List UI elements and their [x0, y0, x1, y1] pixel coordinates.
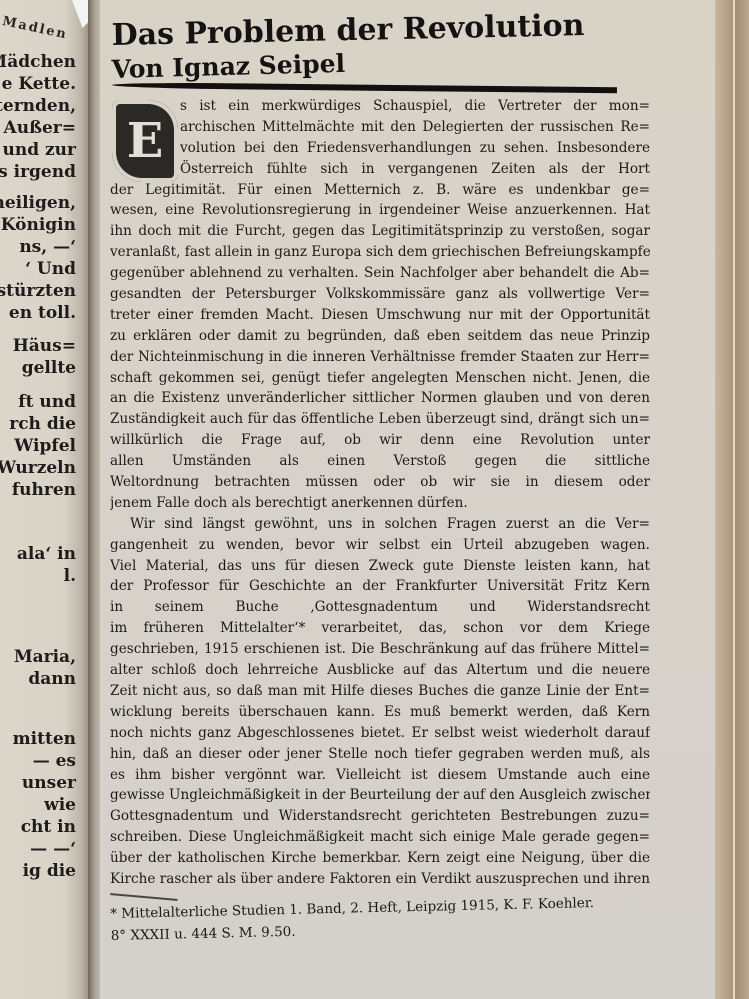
- left-page-line: heiligen,: [0, 193, 76, 213]
- left-page: Madlen Mädchene Kette.ternden,Außer=und …: [0, 0, 92, 999]
- left-page-line: ig die: [23, 861, 76, 881]
- left-page-line: — —‘: [30, 839, 76, 859]
- left-running-head: Madlen: [1, 14, 69, 43]
- left-page-line: mitten: [13, 729, 76, 749]
- left-page-line: gellte: [22, 358, 76, 378]
- body-line: allen Umständen als einen Verstoß gegen …: [110, 451, 650, 472]
- left-page-line: rch die: [9, 414, 76, 434]
- body-line: der Professor für Geschichte an der Fran…: [110, 576, 650, 597]
- body-line: schaft gekommen sei, genügt tiefer angel…: [110, 368, 650, 389]
- left-page-line: — es: [33, 751, 76, 771]
- left-page-line: dann: [28, 669, 76, 689]
- left-page-line: fuhren: [12, 480, 76, 500]
- body-line: wesen, eine Revolutionsregierung in irge…: [110, 200, 650, 221]
- body-line: Österreich fühlte sich in vergangenen Ze…: [110, 159, 650, 180]
- body-line: schreiben. Diese Ungleichmäßigkeit macht…: [110, 827, 650, 848]
- left-page-line: Wurzeln: [0, 458, 76, 478]
- body-line: s ist ein merkwürdiges Schauspiel, die V…: [110, 96, 650, 117]
- left-page-line: l.: [64, 566, 76, 586]
- body-line: ihn doch mit die Furcht, gegen das Legit…: [110, 221, 650, 242]
- body-line: alter schloß doch lehrreiche Ausblicke a…: [110, 660, 650, 681]
- body-line: gegenüber ablehnend zu verhalten. Sein N…: [110, 263, 650, 284]
- left-page-line: Wipfel: [14, 436, 76, 456]
- body-line: Weltordnung betrachten müssen oder ob wi…: [110, 472, 650, 493]
- body-line: der Legitimität. Für einen Metternich z.…: [110, 180, 650, 201]
- body-line: Wir sind längst gewöhnt, uns in solchen …: [110, 514, 650, 535]
- left-page-line: ft und: [18, 392, 76, 412]
- body-line: archischen Mittelmächte mit den Delegier…: [110, 117, 650, 138]
- body-line: veranlaßt, fast allein in ganz Europa si…: [110, 242, 650, 263]
- body-line: jenem Falle doch als berechtigt anerkenn…: [110, 493, 650, 514]
- body-line: Kirche rascher als über andere Faktoren …: [110, 869, 650, 890]
- left-page-line: Königin: [1, 215, 76, 235]
- body-line: gesandten der Petersburger Volkskommissä…: [110, 284, 650, 305]
- body-line: Viel Material, das uns für diesen Zweck …: [110, 556, 650, 577]
- body-line: es ihm bisher vergönnt war. Vielleicht i…: [110, 765, 650, 786]
- left-page-line: Außer=: [4, 118, 76, 138]
- body-line: in seinem Buche ‚Gottesgnadentum und Wid…: [110, 597, 650, 618]
- left-page-line: Häus=: [13, 336, 76, 356]
- body-line: treter einer fremden Macht. Diesen Umsch…: [110, 305, 650, 326]
- left-page-line: Maria,: [14, 647, 76, 667]
- left-page-line: stürzten: [0, 281, 76, 301]
- article-body: s ist ein merkwürdiges Schauspiel, die V…: [110, 96, 650, 890]
- left-page-line: ternden,: [0, 96, 76, 116]
- page-edge: [715, 0, 749, 999]
- left-page-line: wie: [44, 795, 76, 815]
- left-page-line: en toll.: [9, 303, 76, 323]
- body-line: noch nichts ganz Abgeschlossenes bietet.…: [110, 723, 650, 744]
- left-page-line: und zur: [3, 140, 77, 160]
- left-page-line: e Kette.: [2, 74, 76, 94]
- body-line: im früheren Mittelalter‘* verarbeitet, d…: [110, 618, 650, 639]
- body-line: Gottesgnadentum und Widerstandsrecht ger…: [110, 806, 650, 827]
- left-page-line: ns, —‘: [19, 237, 76, 257]
- article-author: Von Ignaz Seipel: [111, 49, 345, 84]
- left-page-line: cht in: [21, 817, 76, 837]
- body-line: hin, daß an dieser oder jener Stelle noc…: [110, 744, 650, 765]
- body-line: der Nichteinmischung in die inneren Verh…: [110, 347, 650, 368]
- body-line: geschrieben, 1915 erschienen ist. Die Be…: [110, 639, 650, 660]
- body-line: zu erklären oder damit zu begründen, daß…: [110, 326, 650, 347]
- body-line: Zuständigkeit auch für das öffentliche L…: [110, 409, 650, 430]
- body-line: über der katholischen Kirche bemerkbar. …: [110, 848, 650, 869]
- left-page-line: Mädchen: [0, 52, 76, 72]
- left-page-line: ‘ Und: [25, 259, 76, 279]
- left-page-line: unser: [22, 773, 76, 793]
- left-page-line: s irgend: [0, 162, 76, 182]
- body-line: volution bei den Friedensverhandlungen z…: [110, 138, 650, 159]
- left-page-line: ala‘ in: [17, 544, 76, 564]
- body-line: willkürlich die Frage auf, ob wir denn e…: [110, 430, 650, 451]
- body-line: gangenheit zu wenden, bevor wir selbst e…: [110, 535, 650, 556]
- body-line: wicklung bereits überschauen kann. Es mu…: [110, 702, 650, 723]
- body-line: an die Existenz unveränderlicher sittlic…: [110, 388, 650, 409]
- body-line: gewisse Ungleichmäßigkeit in der Beurtei…: [110, 785, 650, 806]
- body-line: Zeit nicht aus, so daß man mit Hilfe die…: [110, 681, 650, 702]
